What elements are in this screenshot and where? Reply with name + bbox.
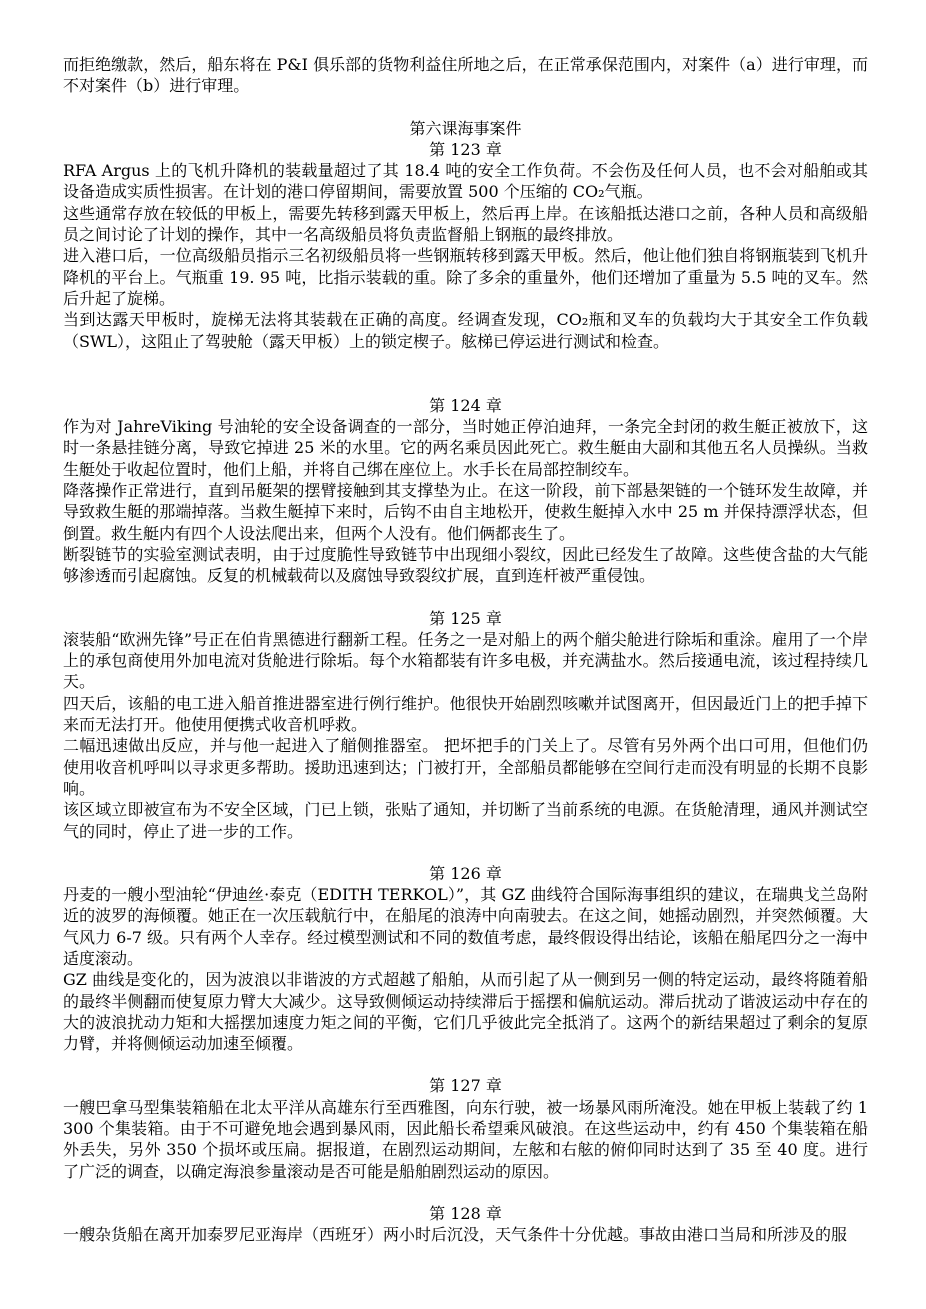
chapter-heading: 第 126 章 [63,863,868,884]
chapter-paragraph: 一艘巴拿马型集装箱船在北太平洋从高雄东行至西雅图，向东行驶，被一场暴风雨所淹没。… [63,1097,868,1182]
chapter-paragraph: 一艘杂货船在离开加泰罗尼亚海岸（西班牙）两小时后沉没，天气条件十分优越。事故由港… [63,1224,868,1245]
chapter-paragraph: 丹麦的一艘小型油轮“伊迪丝·泰克（EDITH TERKOL）”，其 GZ 曲线符… [63,884,868,969]
chapter-heading: 第 127 章 [63,1075,868,1096]
chapter-paragraph: 二幅迅速做出反应，并与他一起进入了艏侧推器室。 把坏把手的门关上了。尽管有另外两… [63,735,868,799]
section-chapter-127: 第 127 章 一艘巴拿马型集装箱船在北太平洋从高雄东行至西雅图，向东行驶，被一… [63,1075,868,1181]
chapter-heading: 第 128 章 [63,1203,868,1224]
chapter-paragraph: 断裂链节的实验室测试表明，由于过度脆性导致链节中出现细小裂纹，因此已经发生了故障… [63,544,868,587]
section-chapter-125: 第 125 章 滚装船“欧洲先锋”号正在伯肯黑德进行翻新工程。任务之一是对船上的… [63,608,868,842]
section-chapter-128: 第 128 章 一艘杂货船在离开加泰罗尼亚海岸（西班牙）两小时后沉没，天气条件十… [63,1203,868,1246]
chapter-paragraph: 当到达露天甲板时，旋梯无法将其装载在正确的高度。经调查发现，CO₂瓶和叉车的负载… [63,309,868,352]
chapter-paragraph: 该区域立即被宣布为不安全区域，门已上锁，张贴了通知，并切断了当前系统的电源。在货… [63,799,868,842]
document-page: 而拒绝缴款，然后，船东将在 P&I 俱乐部的货物利益住所地之后，在正常承保范围内… [0,0,926,1309]
chapter-paragraph: 四天后，该船的电工进入船首推进器室进行例行维护。他很快开始剧烈咳嗽并试图离开，但… [63,693,868,736]
chapter-paragraph: RFA Argus 上的飞机升降机的装载量超过了其 18.4 吨的安全工作负荷。… [63,160,868,203]
chapter-paragraph: 进入港口后，一位高级船员指示三名初级船员将一些钢瓶转移到露天甲板。然后，他让他们… [63,245,868,309]
chapter-paragraph: 这些通常存放在较低的甲板上，需要先转移到露天甲板上，然后再上岸。在该船抵达港口之… [63,203,868,246]
chapter-paragraph: GZ 曲线是变化的，因为波浪以非谐波的方式超越了船舶，从而引起了从一侧到另一侧的… [63,969,868,1054]
chapter-paragraph: 滚装船“欧洲先锋”号正在伯肯黑德进行翻新工程。任务之一是对船上的两个艏尖舱进行除… [63,629,868,693]
continuation-paragraph: 而拒绝缴款，然后，船东将在 P&I 俱乐部的货物利益住所地之后，在正常承保范围内… [63,54,868,97]
lesson-title: 第六课海事案件 [63,118,868,139]
chapter-paragraph: 作为对 JahreViking 号油轮的安全设备调查的一部分，当时她正停泊迪拜，… [63,416,868,480]
chapter-heading: 第 124 章 [63,395,868,416]
section-chapter-124: 第 124 章 作为对 JahreViking 号油轮的安全设备调查的一部分，当… [63,395,868,587]
chapter-heading: 第 125 章 [63,608,868,629]
section-chapter-126: 第 126 章 丹麦的一艘小型油轮“伊迪丝·泰克（EDITH TERKOL）”，… [63,863,868,1055]
section-chapter-123: 第 123 章 RFA Argus 上的飞机升降机的装载量超过了其 18.4 吨… [63,139,868,352]
chapter-heading: 第 123 章 [63,139,868,160]
chapter-paragraph: 降落操作正常进行，直到吊艇架的摆臂接触到其支撑垫为止。在这一阶段，前下部悬架链的… [63,480,868,544]
